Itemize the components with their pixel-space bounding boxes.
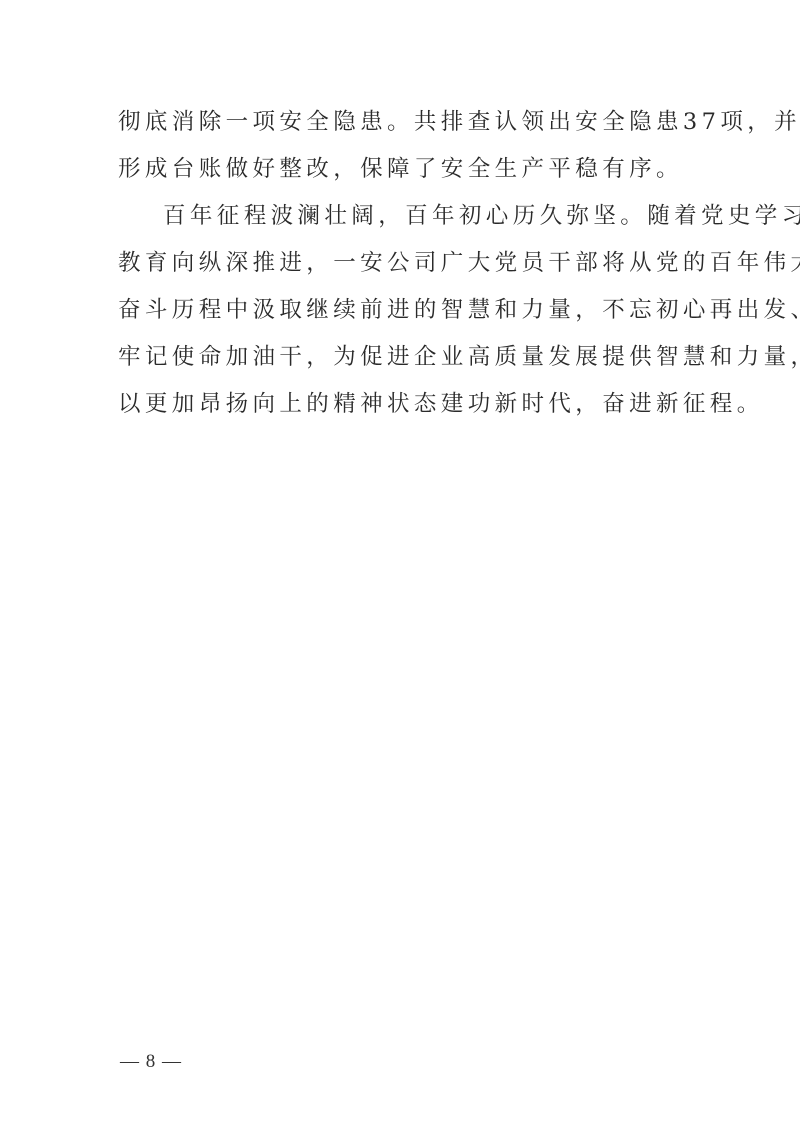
paragraph-2-line-3: 奋斗历程中汲取继续前进的智慧和力量，不忘初心再出发、 bbox=[118, 295, 688, 325]
paragraph-2-line-4: 牢记使命加油干，为促进企业高质量发展提供智慧和力量， bbox=[118, 342, 688, 372]
document-page: 彻底消除一项安全隐患。共排查认领出安全隐患37项，并 形成台账做好整改，保障了安… bbox=[0, 0, 800, 1131]
paragraph-2-line-5: 以更加昂扬向上的精神状态建功新时代，奋进新征程。 bbox=[118, 389, 688, 419]
page-number: — 8 — bbox=[120, 1048, 182, 1076]
paragraph-2-line-1: 百年征程波澜壮阔，百年初心历久弥坚。随着党史学习 bbox=[163, 201, 733, 231]
paragraph-2-line-2: 教育向纵深推进，一安公司广大党员干部将从党的百年伟大 bbox=[118, 248, 688, 278]
paragraph-1-line-1: 彻底消除一项安全隐患。共排查认领出安全隐患37项，并 bbox=[118, 107, 688, 137]
paragraph-1-line-2: 形成台账做好整改，保障了安全生产平稳有序。 bbox=[118, 154, 688, 184]
